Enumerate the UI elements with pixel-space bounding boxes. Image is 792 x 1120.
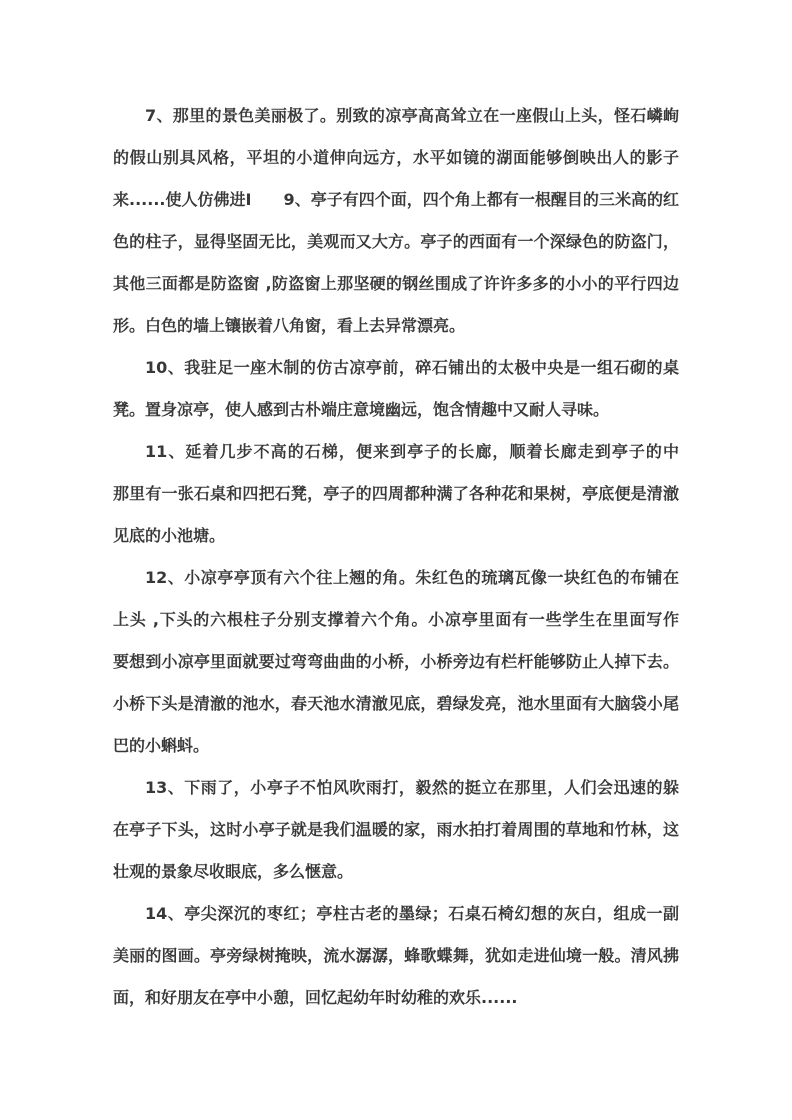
text-line: 凳。置身凉亭，使人感到古朴端庄意境幽远，饱含情趣中又耐人寻味。 [113, 389, 679, 431]
text-line: 12、小凉亭亭顶有六个往上翘的角。朱红色的琉璃瓦像一块红色的布铺在 [113, 557, 679, 599]
text-line: 要想到小凉亭里面就要过弯弯曲曲的小桥，小桥旁边有栏杆能够防止人掉下去。 [113, 641, 679, 683]
text-line: 那里有一张石桌和四把石凳，亭子的四周都种满了各种花和果树，亭底便是清澈 [113, 473, 679, 515]
text-line: 来......使人仿佛进I 9、亭子有四个面，四个角上都有一根醒目的三米高的红 [113, 179, 679, 221]
text-line: 巴的小蝌蚪。 [113, 725, 679, 767]
text-line: 色的柱子，显得坚固无比，美观而又大方。亭子的西面有一个深绿色的防盗门， [113, 221, 679, 263]
text-line: 面，和好朋友在亭中小憩，回忆起幼年时幼稚的欢乐...... [113, 977, 679, 1019]
text-line: 美丽的图画。亭旁绿树掩映，流水潺潺，蜂歌蝶舞，犹如走进仙境一般。清风拂 [113, 935, 679, 977]
text-line: 在亭子下头，这时小亭子就是我们温暖的家，雨水拍打着周围的草地和竹林，这 [113, 809, 679, 851]
text-line: 其他三面都是防盗窗 ,防盗窗上那坚硬的钢丝围成了许许多多的小小的平行四边 [113, 263, 679, 305]
text-line: 14、亭尖深沉的枣红；亭柱古老的墨绿；石桌石椅幻想的灰白，组成一副 [113, 893, 679, 935]
document-page: 7、那里的景色美丽极了。别致的凉亭高高耸立在一座假山上头，怪石嶙峋的假山别具风格… [0, 0, 792, 1120]
text-line: 形。白色的墙上镶嵌着八角窗，看上去异常漂亮。 [113, 305, 679, 347]
document-body[interactable]: 7、那里的景色美丽极了。别致的凉亭高高耸立在一座假山上头，怪石嶙峋的假山别具风格… [113, 95, 679, 1019]
text-line: 10、我驻足一座木制的仿古凉亭前，碎石铺出的太极中央是一组石砌的桌 [113, 347, 679, 389]
text-line: 7、那里的景色美丽极了。别致的凉亭高高耸立在一座假山上头，怪石嶙峋 [113, 95, 679, 137]
text-line: 11、延着几步不高的石梯，便来到亭子的长廊，顺着长廊走到亭子的中央， [113, 431, 679, 473]
text-line: 小桥下头是清澈的池水，春天池水清澈见底，碧绿发亮，池水里面有大脑袋小尾 [113, 683, 679, 725]
text-line: 的假山别具风格，平坦的小道伸向远方，水平如镜的湖面能够倒映出人的影子 [113, 137, 679, 179]
text-line: 见底的小池塘。 [113, 515, 679, 557]
text-line: 上头 ,下头的六根柱子分别支撑着六个角。小凉亭里面有一些学生在里面写作业。 [113, 599, 679, 641]
text-line: 壮观的景象尽收眼底，多么惬意。 [113, 851, 679, 893]
text-line: 13、下雨了，小亭子不怕风吹雨打，毅然的挺立在那里，人们会迅速的躲 [113, 767, 679, 809]
